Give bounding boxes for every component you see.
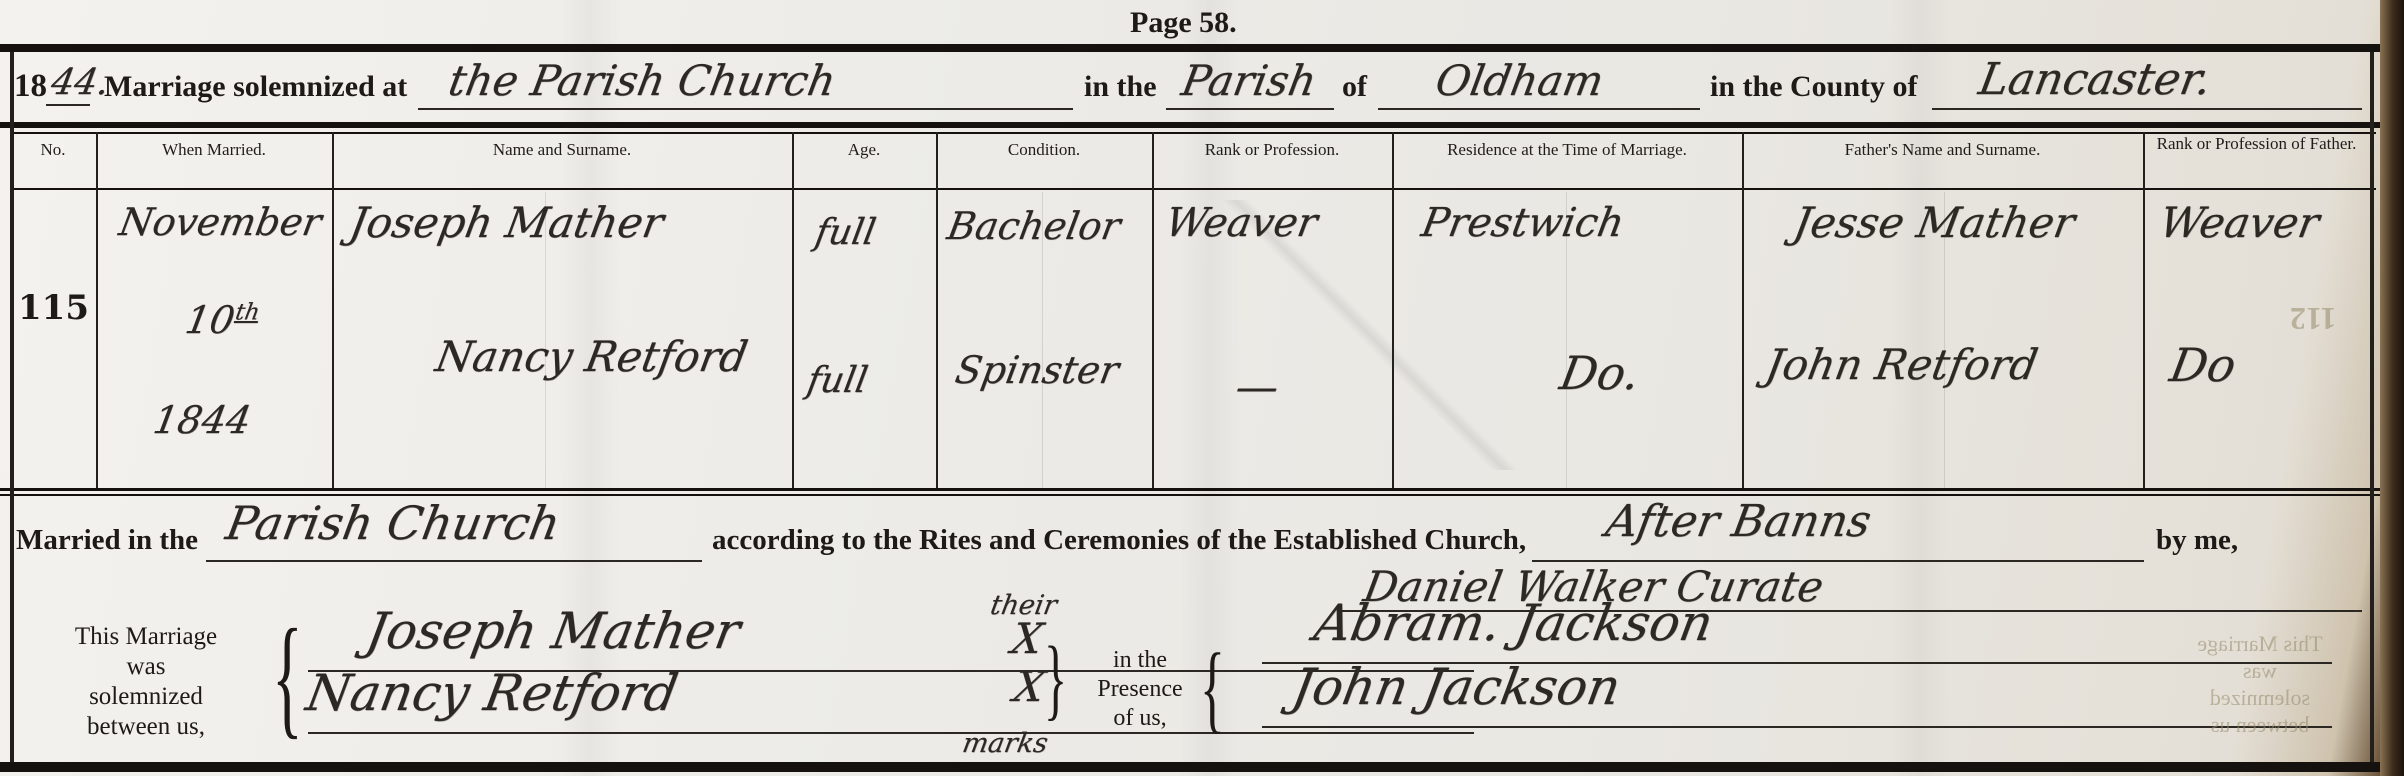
- ghost-number-bleedthrough: 112: [2290, 300, 2336, 337]
- groom-rank: Weaver: [1162, 200, 1321, 246]
- district-written: Parish: [1178, 56, 1320, 105]
- presence-label-line: of us,: [1080, 704, 1200, 733]
- groom-age: full: [812, 212, 879, 253]
- when-married-day: 10th: [182, 298, 262, 342]
- col-line-1: [96, 132, 98, 488]
- church-written: Parish Church: [222, 496, 564, 550]
- col-line-4: [936, 132, 938, 488]
- col-header-father-rank: Rank or Profession of Father.: [2143, 134, 2370, 154]
- solemnized-label-line: This Marriage: [14, 622, 278, 652]
- presence-label-line: in the: [1080, 646, 1200, 675]
- right-border: [2370, 52, 2374, 762]
- county-written: Lancaster.: [1975, 54, 2215, 105]
- solemnized-brace: {: [272, 599, 303, 754]
- col-line-2: [332, 132, 334, 488]
- year-underline: [46, 64, 90, 106]
- county-text: in the County of: [1710, 70, 1918, 104]
- col-header-rank-profession: Rank or Profession.: [1152, 140, 1392, 160]
- rites-text: according to the Rites and Ceremonies of…: [712, 524, 1526, 557]
- solemnized-label-line: solemnized: [14, 682, 278, 712]
- row-bottom-line: [0, 488, 2380, 491]
- bride-age: full: [804, 360, 871, 401]
- when-married-month: November: [116, 200, 325, 244]
- ghost-line: between us: [2160, 711, 2360, 738]
- banns-written: After Banns: [1602, 496, 1875, 547]
- col-header-residence: Residence at the Time of Marriage.: [1392, 140, 1742, 160]
- table-top-line: [10, 132, 2376, 134]
- groom-condition: Bachelor: [944, 204, 1124, 248]
- top-rule: [0, 44, 2404, 52]
- presence-label: in the Presence of us,: [1080, 646, 1200, 733]
- of-text: of: [1342, 70, 1367, 104]
- scanned-register-page: Page 58. 18 44. Marriage solemnized at t…: [0, 0, 2404, 776]
- groom-signature: Joseph Mather: [362, 602, 745, 660]
- ghost-line: This Marriage: [2160, 630, 2360, 657]
- book-binding-edge: [2380, 0, 2404, 776]
- bride-condition: Spinster: [952, 348, 1122, 392]
- bride-residence: Do.: [1556, 346, 1644, 400]
- place-written: the Parish Church: [445, 56, 840, 105]
- bottom-rule: [0, 762, 2404, 772]
- col-header-father-name: Father's Name and Surname.: [1742, 140, 2143, 160]
- married-in-text: Married in the: [16, 524, 198, 557]
- in-the-text: in the: [1084, 70, 1157, 104]
- when-married-year: 1844: [150, 398, 254, 442]
- column-header-bottom-line: [10, 188, 2376, 190]
- col-line-8: [2143, 132, 2145, 488]
- col-header-when-married: When Married.: [96, 140, 332, 160]
- solemnized-label-line: was: [14, 652, 278, 682]
- col-header-name-surname: Name and Surname.: [332, 140, 792, 160]
- marks-text: marks: [960, 728, 1050, 759]
- bride-father-rank: Do: [2166, 338, 2240, 392]
- groom-name: Joseph Mather: [346, 198, 667, 247]
- presence-label-line: Presence: [1080, 675, 1200, 704]
- ghost-line: was: [2160, 657, 2360, 684]
- col-header-no: No.: [10, 140, 96, 160]
- ghost-text-bleedthrough: This Marriage was solemnized between us: [2160, 630, 2360, 738]
- witness1-signature: Abram. Jackson: [1310, 594, 1717, 652]
- col-header-condition: Condition.: [936, 140, 1152, 160]
- presence-brace: {: [1200, 633, 1225, 745]
- bride-name: Nancy Retford: [432, 332, 751, 381]
- by-me-text: by me,: [2156, 524, 2238, 557]
- col-header-age: Age.: [792, 140, 936, 160]
- bride-rank: —: [1232, 362, 1283, 411]
- year-printed: 18: [14, 68, 47, 105]
- col-line-5: [1152, 132, 1154, 488]
- page-number: Page 58.: [1130, 6, 1237, 40]
- parish-written: Oldham: [1432, 56, 1607, 105]
- col-line-7: [1742, 132, 1744, 488]
- bride-father-name: John Retford: [1762, 340, 2041, 389]
- marks-brace: }: [1044, 627, 1067, 732]
- header-band-bottom-rule: [0, 122, 2380, 128]
- col-line-3: [792, 132, 794, 488]
- solemnized-label-line: between us,: [14, 712, 278, 742]
- groom-residence: Prestwich: [1418, 200, 1628, 246]
- witness2-signature: John Jackson: [1288, 658, 1625, 716]
- groom-father-name: Jesse Mather: [1790, 198, 2079, 247]
- solemnized-label: This Marriage was solemnized between us,: [14, 622, 278, 742]
- bride-signature: Nancy Retford: [302, 664, 682, 722]
- day-suffix: th: [233, 299, 261, 325]
- groom-father-rank: Weaver: [2156, 198, 2323, 247]
- entry-number: 115: [18, 288, 89, 328]
- solemnized-text: Marriage solemnized at: [104, 70, 407, 104]
- ghost-line: solemnized: [2160, 684, 2360, 711]
- day-number: 10: [182, 298, 238, 342]
